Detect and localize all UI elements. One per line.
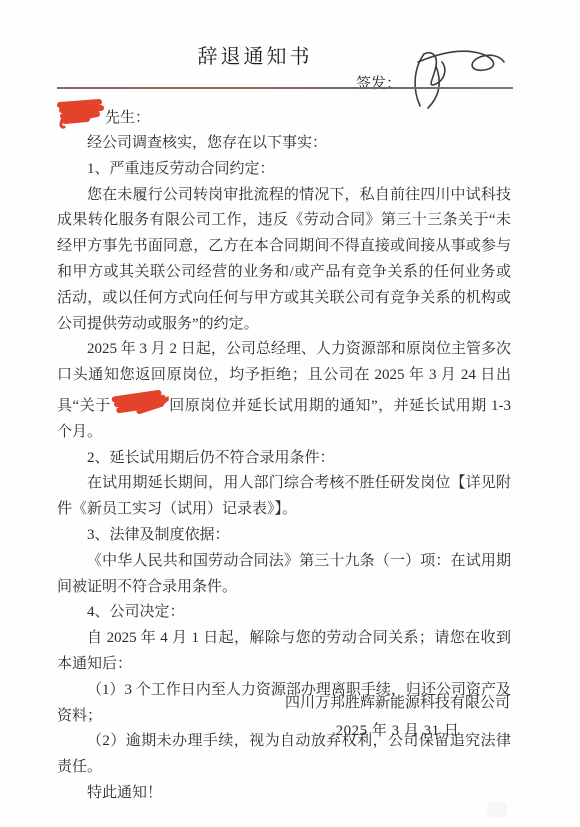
section4-body: 自 2025 年 4 月 1 日起，解除与您的劳动合同关系；请您在收到本通知后： xyxy=(57,626,511,678)
section1-body: 您在未履行公司转岗审批流程的情况下，私自前往四川中试科技成果转化服务有限公司工作… xyxy=(57,183,511,338)
section3-heading: 3、法律及制度依据： xyxy=(57,523,511,549)
section1-heading: 1、严重违反劳动合同约定： xyxy=(57,157,511,183)
scan-artifact xyxy=(487,802,507,817)
section3-body: 《中华人民共和国劳动合同法》第三十九条（一）项：在试用期间被证明不符合录用条件。 xyxy=(57,549,511,601)
section2-heading: 2、延长试用期后仍不符合录用条件： xyxy=(57,446,511,472)
issue-date: 2025 年 3 月 31 日 xyxy=(285,722,510,741)
intro-paragraph: 经公司调查核实，您存在以下事实： xyxy=(57,131,511,157)
company-name: 四川万邦胜辉新能源科技有限公司 xyxy=(285,694,510,713)
section2-body: 在试用期延长期间，用人部门综合考核不胜任研发岗位【详见附件《新员工实习（试用）记… xyxy=(57,471,511,523)
dismissal-notice-document: 辞退通知书 签发： 先生： 经公司调查核实，您存在以下事实： 1、严重违反劳动合… xyxy=(0,0,580,827)
closing-line: 特此通知！ xyxy=(57,781,511,807)
section4-heading: 4、公司决定： xyxy=(57,600,511,626)
header-divider xyxy=(57,87,513,89)
redacted-name-scribble xyxy=(57,98,104,130)
issued-by-label: 签发： xyxy=(356,72,401,93)
section1-body2: 2025 年 3 月 2 日起，公司总经理、人力资源部和原岗位主管多次口头通知您… xyxy=(57,337,511,445)
signature-block: 四川万邦胜辉新能源科技有限公司 2025 年 3 月 31 日 xyxy=(285,694,510,741)
salutation-suffix: 先生： xyxy=(105,110,150,126)
redacted-inline-scribble xyxy=(110,387,169,418)
salutation-line: 先生： xyxy=(57,98,511,131)
